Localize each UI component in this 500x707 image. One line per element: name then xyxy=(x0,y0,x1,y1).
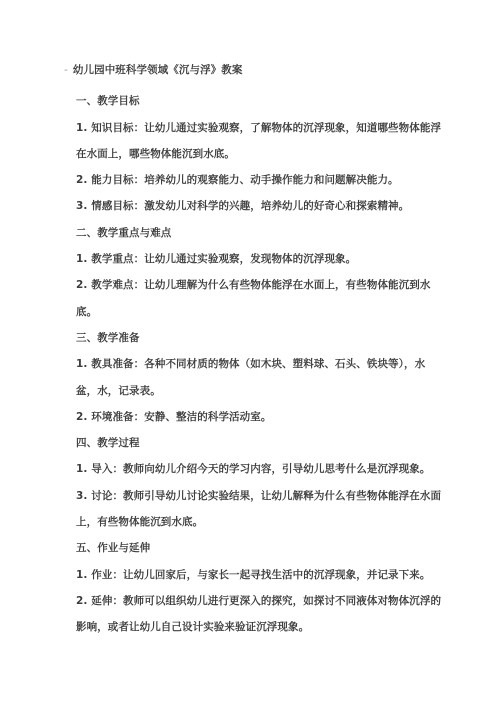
body-line: 2. 能力目标：培养幼儿的观察能力、动手操作能力和问题解决能力。 xyxy=(76,167,460,193)
section-heading: 二、教学重点与难点 xyxy=(76,220,460,246)
section-heading: 一、教学目标 xyxy=(76,88,460,114)
section-heading: 四、教学过程 xyxy=(76,430,460,456)
section-heading: 三、教学准备 xyxy=(76,325,460,351)
body-line: 2. 教学难点：让幼儿理解为什么有些物体能浮在水面上，有些物体能沉到水 xyxy=(76,272,460,298)
body-line: 3. 讨论：教师引导幼儿讨论实验结果，让幼儿解释为什么有些物体能浮在水面 xyxy=(76,483,460,509)
body-line: 底。 xyxy=(76,299,460,325)
title-dash: - xyxy=(64,64,68,76)
document-page: -幼儿园中班科学领域《沉与浮》教案 一、教学目标1. 知识目标：让幼儿通过实验观… xyxy=(0,0,500,707)
body-line: 1. 教具准备：各种不同材质的物体（如木块、塑料球、石头、铁块等），水 xyxy=(76,351,460,377)
body-line: 1. 导入：教师向幼儿介绍今天的学习内容，引导幼儿思考什么是沉浮现象。 xyxy=(76,456,460,482)
document-title: -幼儿园中班科学领域《沉与浮》教案 xyxy=(64,57,460,83)
body-line: 3. 情感目标：激发幼儿对科学的兴趣，培养幼儿的好奇心和探索精神。 xyxy=(76,193,460,219)
body-line: 盆，水，记录表。 xyxy=(76,378,460,404)
title-text: 幼儿园中班科学领域《沉与浮》教案 xyxy=(73,64,243,76)
document-body: 一、教学目标1. 知识目标：让幼儿通过实验观察，了解物体的沉浮现象，知道哪些物体… xyxy=(76,88,460,640)
body-line: 1. 知识目标：让幼儿通过实验观察，了解物体的沉浮现象，知道哪些物体能浮 xyxy=(76,115,460,141)
body-line: 上，有些物体能沉到水底。 xyxy=(76,509,460,535)
body-line: 2. 环境准备：安静、整洁的科学活动室。 xyxy=(76,404,460,430)
body-line: 影响，或者让幼儿自己设计实验来验证沉浮现象。 xyxy=(76,614,460,640)
body-line: 2. 延伸：教师可以组织幼儿进行更深入的探究，如探讨不同液体对物体沉浮的 xyxy=(76,588,460,614)
body-line: 在水面上，哪些物体能沉到水底。 xyxy=(76,141,460,167)
section-heading: 五、作业与延伸 xyxy=(76,535,460,561)
body-line: 1. 教学重点：让幼儿通过实验观察，发现物体的沉浮现象。 xyxy=(76,246,460,272)
body-line: 1. 作业：让幼儿回家后，与家长一起寻找生活中的沉浮现象，并记录下来。 xyxy=(76,562,460,588)
